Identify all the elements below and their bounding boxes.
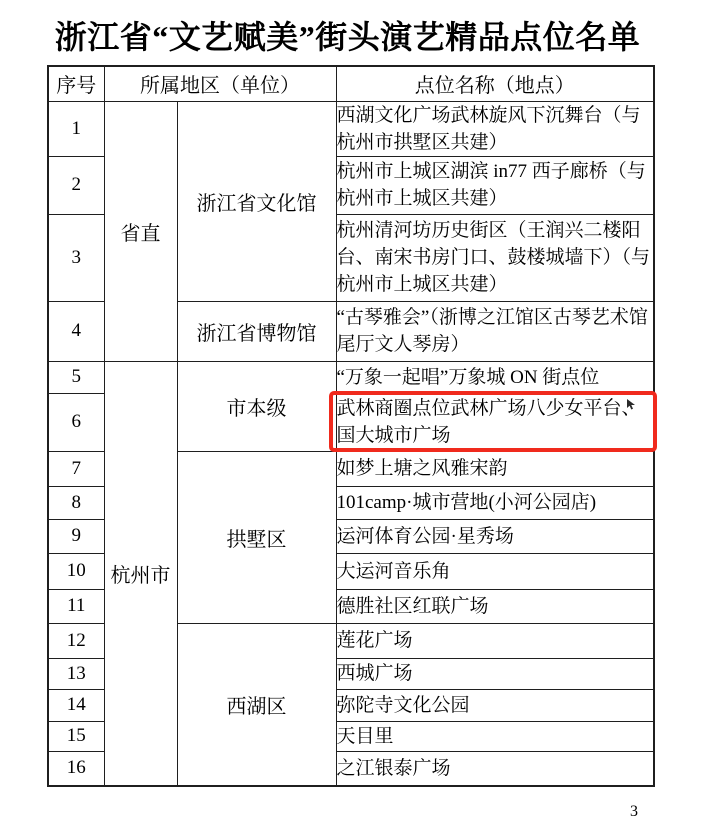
point-name-cell: 大运河音乐角 [336, 553, 654, 589]
table-row: 5 杭州市 市本级 “万象一起唱”万象城 ON 街点位 [48, 361, 654, 393]
row-index-cell: 16 [48, 751, 104, 786]
point-name-cell-highlighted: 武林商圈点位武林广场八少女平台、国大城市广场 [336, 393, 654, 451]
unit-cell-city-level: 市本级 [177, 361, 336, 451]
point-name-cell: 天目里 [336, 721, 654, 751]
unit-cell-culture-center: 浙江省文化馆 [177, 101, 336, 301]
points-table-wrapper: 序号 所属地区（单位） 点位名称（地点） 1 省直 浙江省文化馆 西湖文化广场武… [47, 65, 655, 787]
point-name-cell: 弥陀寺文化公园 [336, 689, 654, 721]
row-index-cell: 8 [48, 486, 104, 519]
header-point: 点位名称（地点） [336, 66, 654, 101]
point-name-cell: 杭州市上城区湖滨 in77 西子廊桥（与杭州市上城区共建） [336, 156, 654, 214]
mouse-cursor-icon [627, 399, 636, 410]
points-table: 序号 所属地区（单位） 点位名称（地点） 1 省直 浙江省文化馆 西湖文化广场武… [47, 65, 655, 787]
header-region: 所属地区（单位） [104, 66, 336, 101]
row-index-cell: 13 [48, 658, 104, 689]
point-name-cell: 如梦上塘之风雅宋韵 [336, 451, 654, 486]
row-index-cell: 1 [48, 101, 104, 156]
table-row: 1 省直 浙江省文化馆 西湖文化广场武林旋风下沉舞台（与杭州市拱墅区共建） [48, 101, 654, 156]
page-title: 浙江省“文艺赋美”街头演艺精品点位名单 [40, 12, 655, 58]
group-cell-province-direct: 省直 [104, 101, 177, 361]
point-name-cell: 之江银泰广场 [336, 751, 654, 786]
point-name-cell: 杭州清河坊历史街区（王润兴二楼阳台、南宋书房门口、鼓楼城墙下）（与杭州市上城区共… [336, 214, 654, 301]
row-index-cell: 2 [48, 156, 104, 214]
point-name-cell: 德胜社区红联广场 [336, 589, 654, 623]
unit-cell-gongshu: 拱墅区 [177, 451, 336, 623]
point-name-cell: “万象一起唱”万象城 ON 街点位 [336, 361, 654, 393]
row-index-cell: 9 [48, 519, 104, 553]
header-index: 序号 [48, 66, 104, 101]
point-name-cell: “古琴雅会”（浙博之江馆区古琴艺术馆尾厅文人琴房） [336, 301, 654, 361]
row-index-cell: 6 [48, 393, 104, 451]
row-index-cell: 10 [48, 553, 104, 589]
row-index-cell: 15 [48, 721, 104, 751]
point-name-cell: 西城广场 [336, 658, 654, 689]
row-index-cell: 5 [48, 361, 104, 393]
row-index-cell: 11 [48, 589, 104, 623]
group-cell-hangzhou: 杭州市 [104, 361, 177, 786]
row-index-cell: 12 [48, 623, 104, 658]
row-index-cell: 3 [48, 214, 104, 301]
page-number: 3 [630, 803, 638, 821]
point-name-cell: 莲花广场 [336, 623, 654, 658]
row-index-cell: 14 [48, 689, 104, 721]
point-name-cell: 西湖文化广场武林旋风下沉舞台（与杭州市拱墅区共建） [336, 101, 654, 156]
unit-cell-xihu: 西湖区 [177, 623, 336, 786]
row-index-cell: 4 [48, 301, 104, 361]
unit-cell-museum: 浙江省博物馆 [177, 301, 336, 361]
point-name-cell: 101camp·城市营地(小河公园店) [336, 486, 654, 519]
document-page: 浙江省“文艺赋美”街头演艺精品点位名单 序号 所属地区（单位） 点位名称（地点）… [0, 0, 725, 836]
row-index-cell: 7 [48, 451, 104, 486]
table-header-row: 序号 所属地区（单位） 点位名称（地点） [48, 66, 654, 101]
point-name-cell: 运河体育公园·星秀场 [336, 519, 654, 553]
